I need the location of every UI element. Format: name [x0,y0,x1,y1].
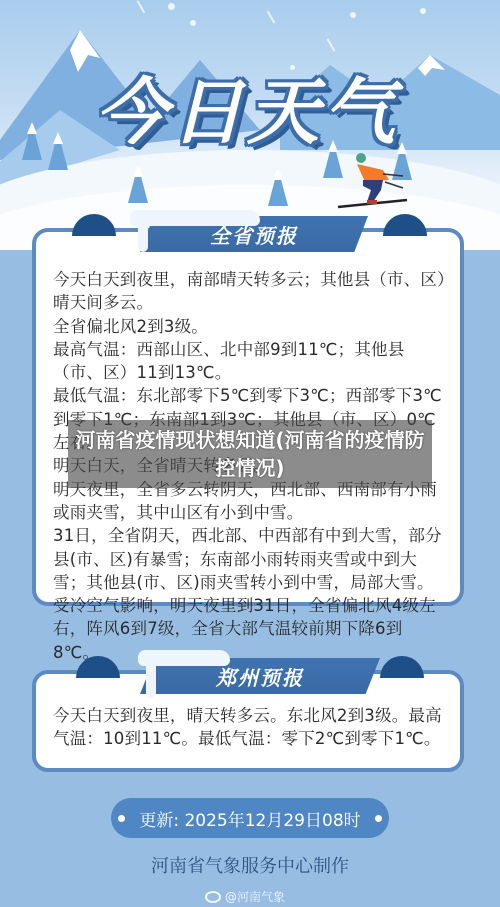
snowflake-icon [350,12,356,18]
watermark-text: @河南气象 [225,888,285,905]
update-time: 更新: 2025年12月29日08时 [139,806,360,831]
ribbon-end-right [380,656,424,678]
snow-drip [138,220,148,252]
dot-icon [118,815,125,822]
forecast-paragraph: 最高气温：西部山区、北中部9到11℃；其他县（市、区）11到13℃。 [53,338,446,385]
weibo-icon [205,891,221,903]
ribbon-end-left [72,214,116,236]
pine-tree-icon [22,122,42,160]
forecast-paragraph: 31日，全省阴天，西北部、中西部有中到大雪，部分县(市、区)有暴雪；东南部小雨转… [53,524,446,594]
pine-tree-icon [268,168,288,206]
forecast-paragraph: 今天白天到夜里，南部晴天转多云；其他县（市、区）晴天间多云。 [53,268,446,315]
forecast-paragraph: 受冷空气影响，明天夜里到31日，全省偏北风4级左右，阵风6到7级，全省大部气温较… [53,594,446,664]
ribbon-end-right [383,214,427,236]
snowflake-icon [190,20,196,26]
producer-credit: 河南省气象服务中心制作 [0,852,500,878]
zhengzhou-forecast-header: 郑州预报 [0,656,500,698]
snowflake-icon [168,3,175,10]
snow-drip [146,662,156,698]
skier-icon [335,150,410,210]
pine-tree-icon [48,132,68,170]
zhengzhou-forecast-heading: 郑州预报 [216,662,304,691]
ribbon-end-left [76,656,120,678]
pine-tree-icon [128,165,148,203]
article-headline[interactable]: 河南省疫情现状想知道(河南省的疫情防控情况) [68,426,432,482]
province-forecast-header: 全省预报 [0,214,500,256]
update-time-pill: 更新: 2025年12月29日08时 [111,798,389,838]
forecast-paragraph: 全省偏北风2到3级。 [53,315,446,338]
weibo-watermark: @河南气象 [205,888,285,905]
hero-title: 今日天气 [95,72,415,152]
article-headline-overlay[interactable]: 河南省疫情现状想知道(河南省的疫情防控情况) [68,420,432,488]
dot-icon [375,815,382,822]
snowflake-icon [420,8,426,14]
snow-cap [130,210,260,226]
province-forecast-card: 今天白天到夜里，南部晴天转多云；其他县（市、区）晴天间多云。 全省偏北风2到3级… [32,228,464,606]
zhengzhou-forecast-text: 今天白天到夜里，晴天转多云。东北风2到3级。最高气温：10到11℃。最低气温：零… [53,704,446,751]
